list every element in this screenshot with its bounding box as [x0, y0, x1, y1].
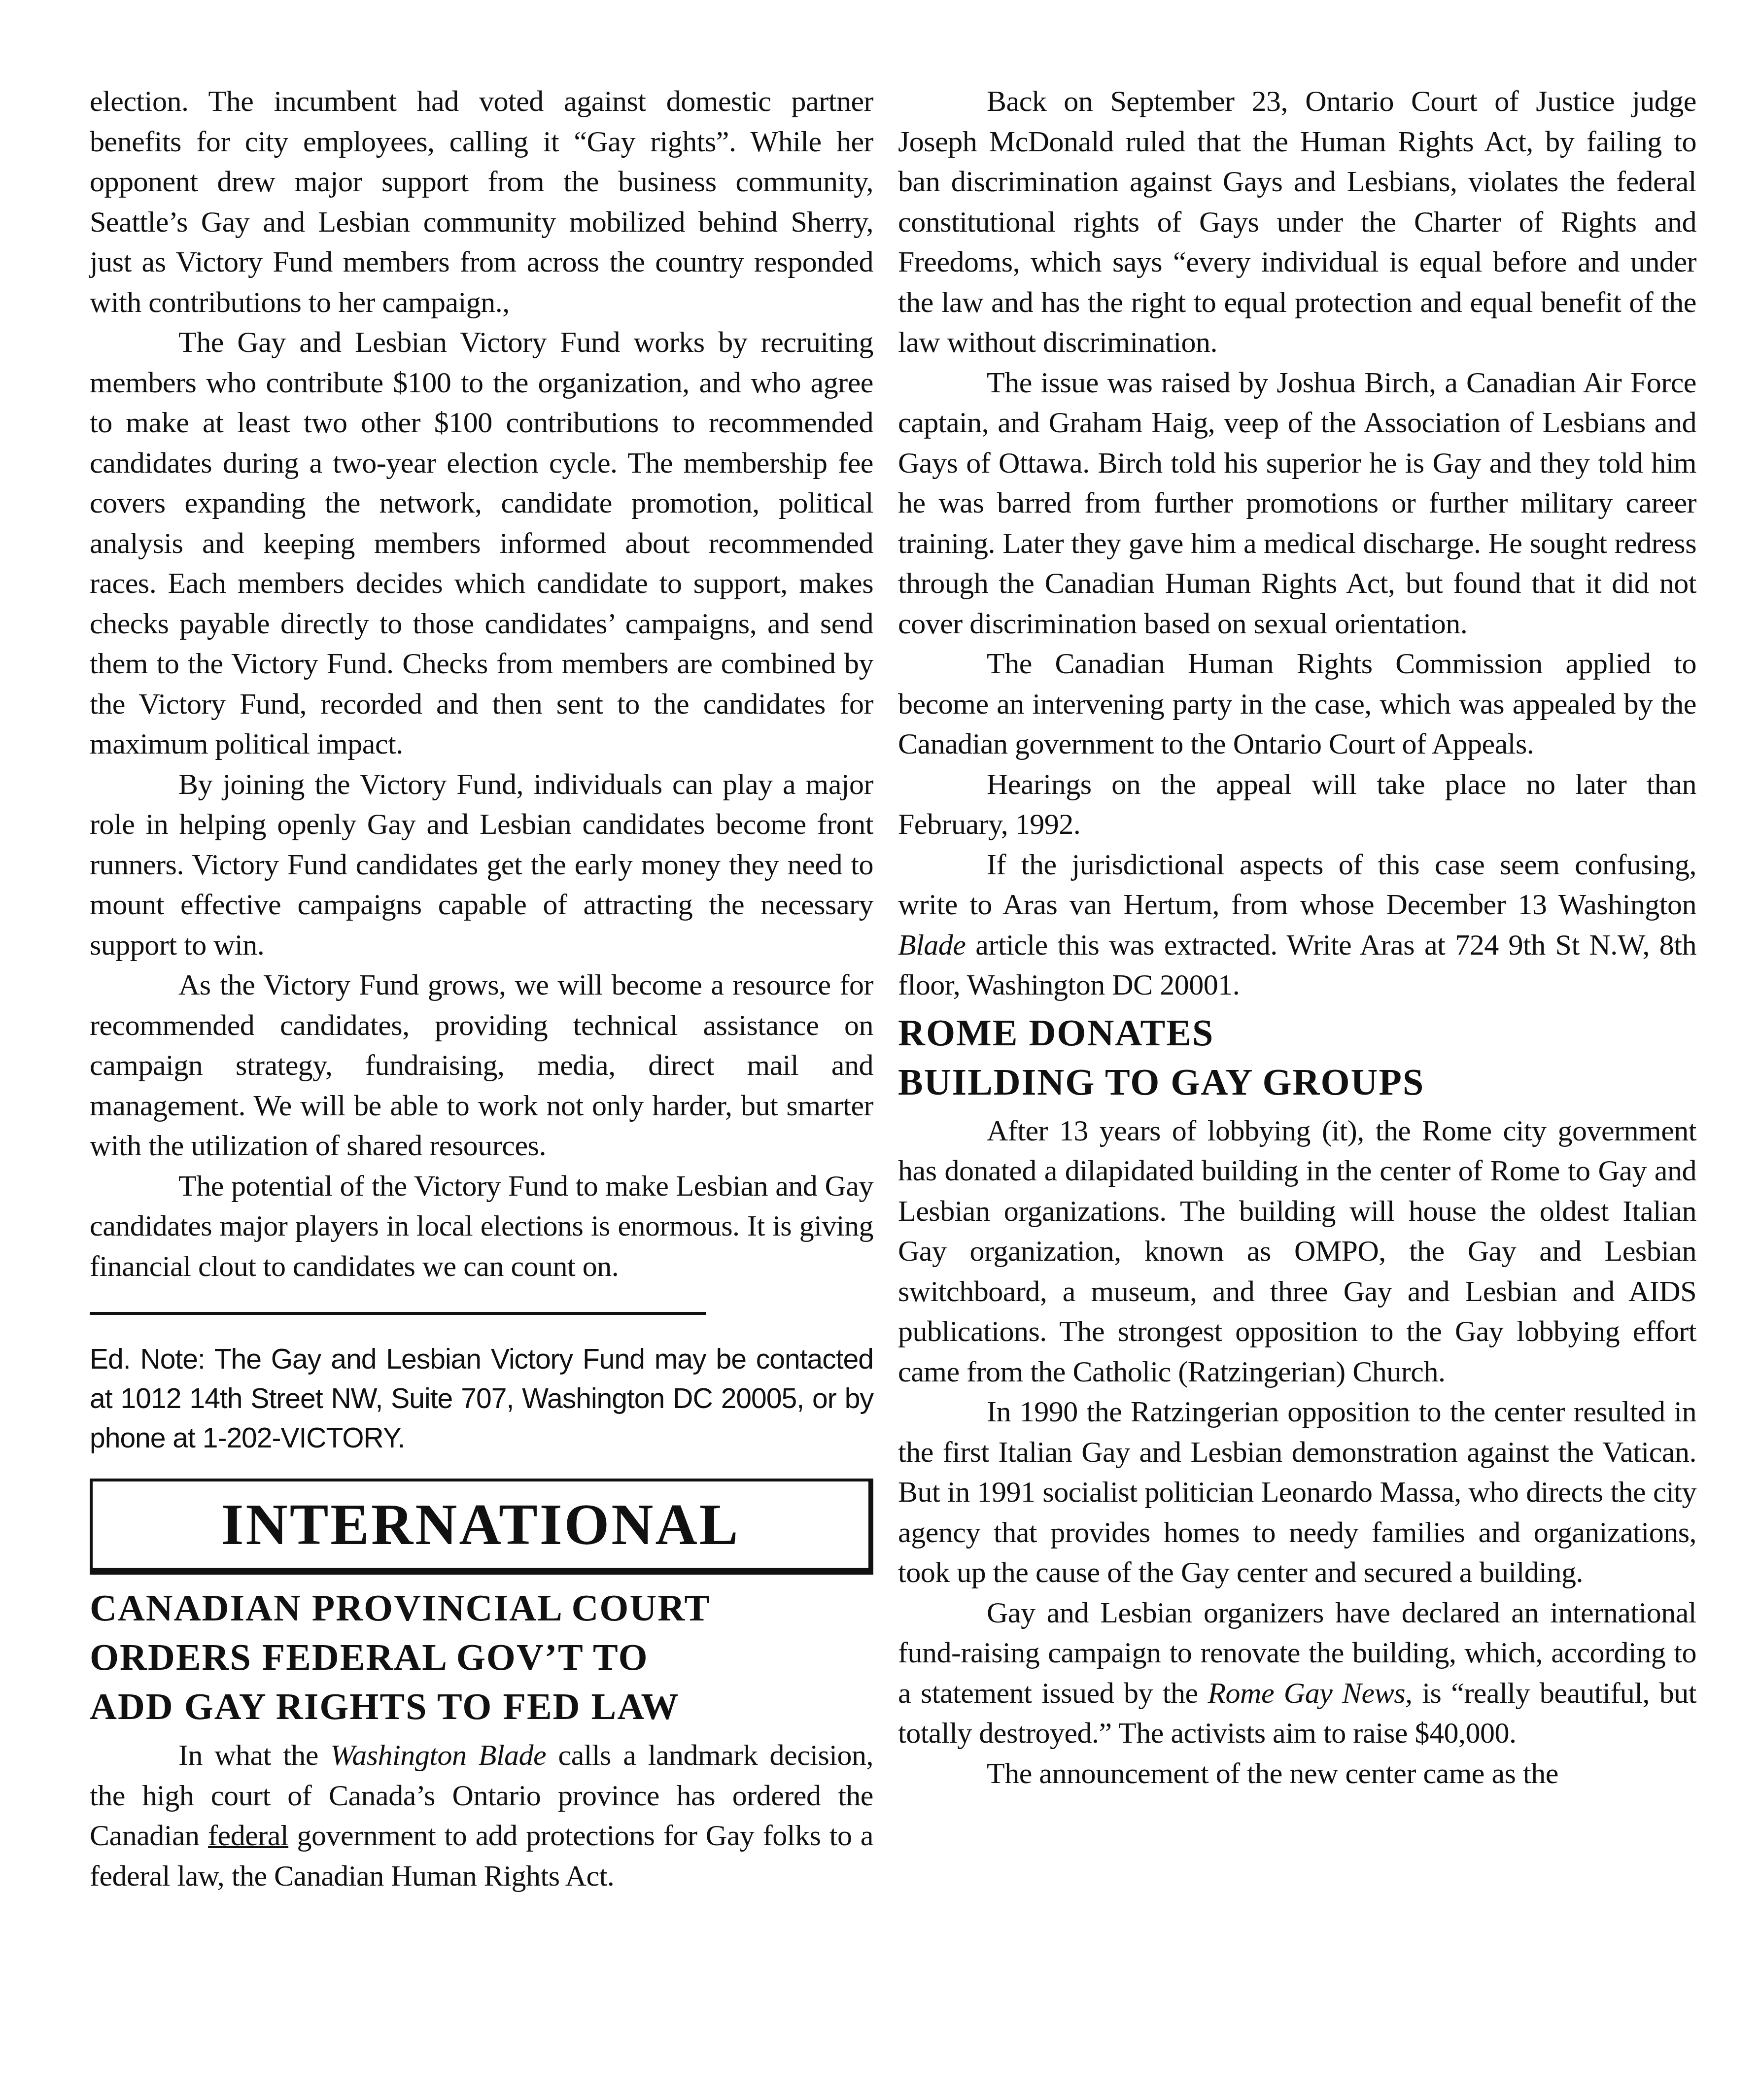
publication-name: Washington Blade — [330, 1739, 546, 1771]
divider-rule — [90, 1312, 706, 1315]
headline-line: ORDERS FEDERAL GOV’T TO — [90, 1633, 873, 1682]
article-paragraph: Hearings on the appeal will take place n… — [898, 764, 1696, 845]
publication-name: Rome Gay News, — [1208, 1677, 1412, 1709]
article-paragraph: If the jurisdictional aspects of this ca… — [898, 845, 1696, 1005]
article-paragraph: As the Victory Fund grows, we will becom… — [90, 965, 873, 1166]
headline-line: ROME DONATES — [898, 1008, 1696, 1058]
editor-note: Ed. Note: The Gay and Lesbian Victory Fu… — [90, 1340, 873, 1458]
article-paragraph: By joining the Victory Fund, individuals… — [90, 764, 873, 965]
article-paragraph: In 1990 the Ratzingerian opposition to t… — [898, 1392, 1696, 1593]
section-banner: INTERNATIONAL — [90, 1479, 873, 1575]
article-paragraph: The potential of the Victory Fund to mak… — [90, 1166, 873, 1287]
headline-line: ADD GAY RIGHTS TO FED LAW — [90, 1682, 873, 1731]
headline-line: BUILDING TO GAY GROUPS — [898, 1058, 1696, 1107]
article-paragraph: The Canadian Human Rights Commission app… — [898, 644, 1696, 764]
article-paragraph: The announcement of the new center came … — [898, 1754, 1696, 1794]
text-run: In what the — [178, 1739, 330, 1771]
text-run: article this was extracted. Write Aras a… — [898, 929, 1696, 1001]
publication-name: Blade — [898, 929, 966, 961]
underlined-word: federal — [208, 1819, 288, 1852]
article-paragraph: The Gay and Lesbian Victory Fund works b… — [90, 322, 873, 764]
headline-line: CANADIAN PROVINCIAL COURT — [90, 1584, 873, 1633]
left-column: election. The incumbent had voted agains… — [90, 81, 873, 1896]
article-paragraph: After 13 years of lobbying (it), the Rom… — [898, 1111, 1696, 1392]
section-title: INTERNATIONAL — [221, 1491, 740, 1558]
article-paragraph: Gay and Lesbian organizers have declared… — [898, 1593, 1696, 1754]
article-paragraph: Back on September 23, Ontario Court of J… — [898, 81, 1696, 363]
article-paragraph: election. The incumbent had voted agains… — [90, 81, 873, 322]
article-paragraph: In what the Washington Blade calls a lan… — [90, 1735, 873, 1896]
right-column: Back on September 23, Ontario Court of J… — [898, 81, 1696, 1793]
article-paragraph: The issue was raised by Joshua Birch, a … — [898, 363, 1696, 644]
text-run: If the jurisdictional aspects of this ca… — [898, 848, 1696, 921]
